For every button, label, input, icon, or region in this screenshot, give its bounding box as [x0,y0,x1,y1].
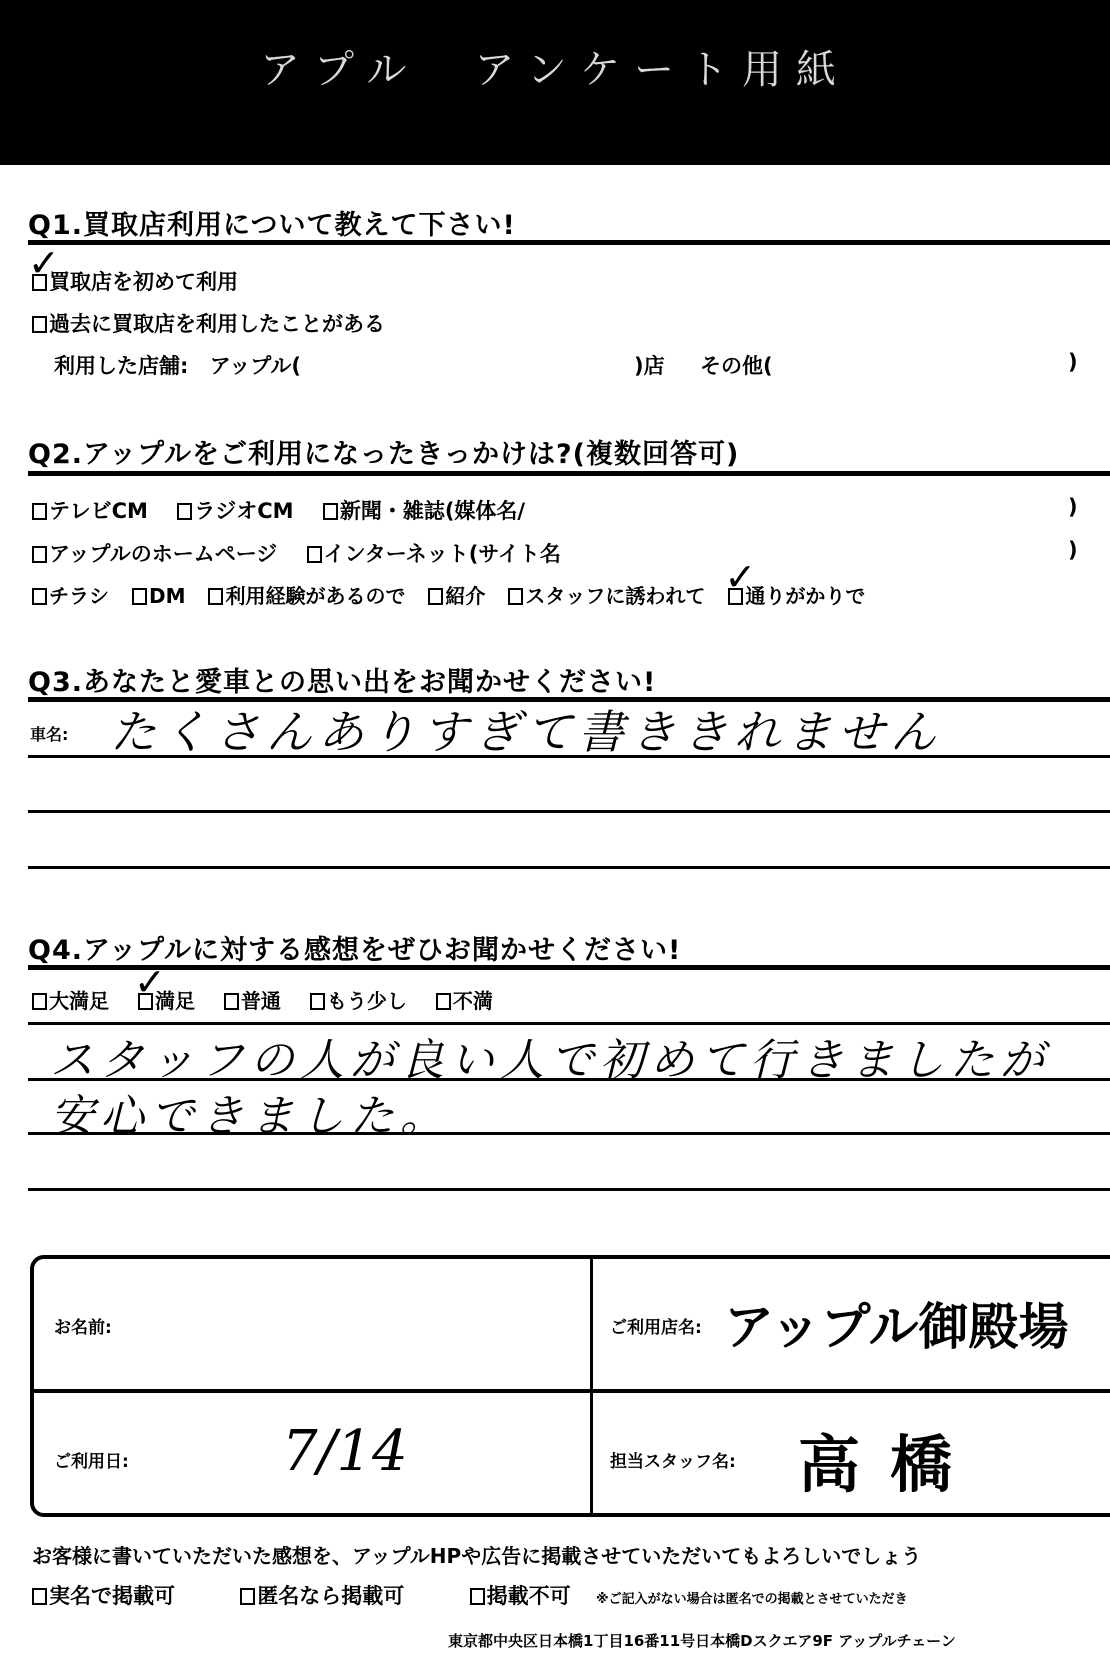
q2-option-passing-by[interactable]: ✓通りがかりで [728,580,865,609]
q4-option-dissatisfied[interactable]: 不満 [436,985,493,1014]
date-field[interactable]: 7/14 [282,1419,408,1484]
q4-option-very-satisfied[interactable]: 大満足 [32,985,109,1014]
q2-title: Q2.アップルをご利用になったきっかけは?(複数回答可) [28,432,739,471]
q3-answer-line-3 [28,866,1110,869]
q4-rule [28,965,1110,970]
q4-title: Q4.アップルに対する感想をぜひお聞かせください! [28,928,681,967]
checkbox[interactable] [32,993,47,1010]
q2-option-internet[interactable]: インターネット(サイト名 [307,538,561,568]
checkbox[interactable] [208,588,223,605]
q3-title: Q3.あなたと愛車との思い出をお聞かせください! [28,660,656,699]
consent-note: ※ご記入がない場合は匿名での掲載とさせていただき [596,1592,908,1607]
q4-option-average[interactable]: 普通 [224,985,281,1014]
checkbox[interactable] [240,1588,255,1605]
consent-option-anonymous[interactable]: 匿名なら掲載可 [240,1580,404,1610]
header-bar: アプル アンケート用紙 [0,0,1110,165]
consent-option-not-allowed[interactable]: 掲載不可 [470,1580,571,1610]
checkbox[interactable] [32,546,47,563]
checkbox[interactable] [436,993,451,1010]
checkbox[interactable] [310,993,325,1010]
q3-answer-line-2 [28,810,1110,813]
q2-rule [28,471,1110,476]
q2-option-tv-cm[interactable]: テレビCM [32,495,148,525]
q2-option-radio-cm[interactable]: ラジオCM [177,495,293,525]
q2-option-newspaper[interactable]: 新聞・雑誌(媒体名/ [323,495,525,525]
name-label: お名前: [54,1313,112,1338]
q1-store-line: 利用した店舗: アップル( )店 その他( ) [54,350,1094,380]
staff-name-label: 担当スタッフ名: [610,1447,736,1472]
q2-row3: チラシ DM 利用経験があるので 紹介 スタッフに誘われて ✓通りがかりで [32,580,865,609]
checkbox[interactable] [470,1588,485,1605]
q3-answer[interactable]: たくさんありすぎて書ききれません [110,696,942,762]
q1-option-first-time[interactable]: ✓買取店を初めて利用 [32,266,260,296]
q4-option-could-improve[interactable]: もう少し [310,985,407,1014]
checkbox[interactable] [32,588,47,605]
q2-option-staff-invited[interactable]: スタッフに誘われて [508,580,705,609]
q4-answer-line-2 [28,1132,1110,1135]
checkmark-icon: ✓ [28,244,60,282]
customer-info-box: お名前: ご利用店名: アップル御殿場 ご利用日: 7/14 担当スタッフ名: … [30,1255,1110,1517]
q2-option-flyer[interactable]: チラシ [32,580,109,609]
checkbox[interactable] [32,316,47,333]
checkbox[interactable] [177,503,192,520]
info-box-divider-horizontal [34,1389,1110,1393]
store-name-label: ご利用店名: [610,1313,702,1338]
checkbox[interactable] [307,546,322,563]
info-box-divider-vertical [590,1259,593,1513]
q1-rule [28,240,1110,245]
checkbox[interactable] [323,503,338,520]
checkbox[interactable] [32,1588,47,1605]
q2-option-homepage[interactable]: アップルのホームページ [32,538,277,568]
q4-options: 大満足 ✓満足 普通 もう少し 不満 [32,985,515,1014]
consent-option-real-name[interactable]: 実名で掲載可 [32,1580,175,1610]
q1-option-used-before[interactable]: 過去に買取店を利用したことがある [32,308,407,338]
checkmark-icon: ✓ [724,558,756,596]
q4-answer-line-3 [28,1188,1110,1191]
checkbox[interactable] [428,588,443,605]
footer-address: 東京都中央区日本橋1丁目16番11号日本橋Dスクエア9F アップルチェーン [448,1630,956,1651]
q2-row1: テレビCM ラジオCM 新聞・雑誌(媒体名/ ) [32,495,1092,525]
q4-option-satisfied[interactable]: ✓満足 [138,985,195,1014]
checkbox[interactable] [508,588,523,605]
q1-title: Q1.買取店利用について教えて下さい! [28,203,516,242]
checkmark-icon: ✓ [134,963,166,1001]
q2-option-referral[interactable]: 紹介 [428,580,485,609]
q3-answer-line-1 [28,755,1110,758]
checkbox[interactable] [32,503,47,520]
store-name-field[interactable]: アップル御殿場 [724,1287,1069,1359]
consent-question: お客様に書いていただいた感想を、アップルHPや広告に掲載させていただいてもよろし… [32,1540,921,1569]
q2-option-experience[interactable]: 利用経験があるので [208,580,405,609]
car-name-label: 車名: [30,722,68,745]
checkbox[interactable] [132,588,147,605]
form-title: アプル アンケート用紙 [0,38,1110,95]
q2-option-dm[interactable]: DM [132,584,186,608]
consent-options: 実名で掲載可 匿名なら掲載可 掲載不可 ※ご記入がない場合は匿名での掲載とさせて… [32,1580,908,1610]
date-label: ご利用日: [54,1447,129,1472]
q2-row2: アップルのホームページ インターネット(サイト名 ) [32,538,1092,568]
staff-name-field[interactable]: 高橋 [798,1415,982,1504]
checkbox[interactable] [224,993,239,1010]
